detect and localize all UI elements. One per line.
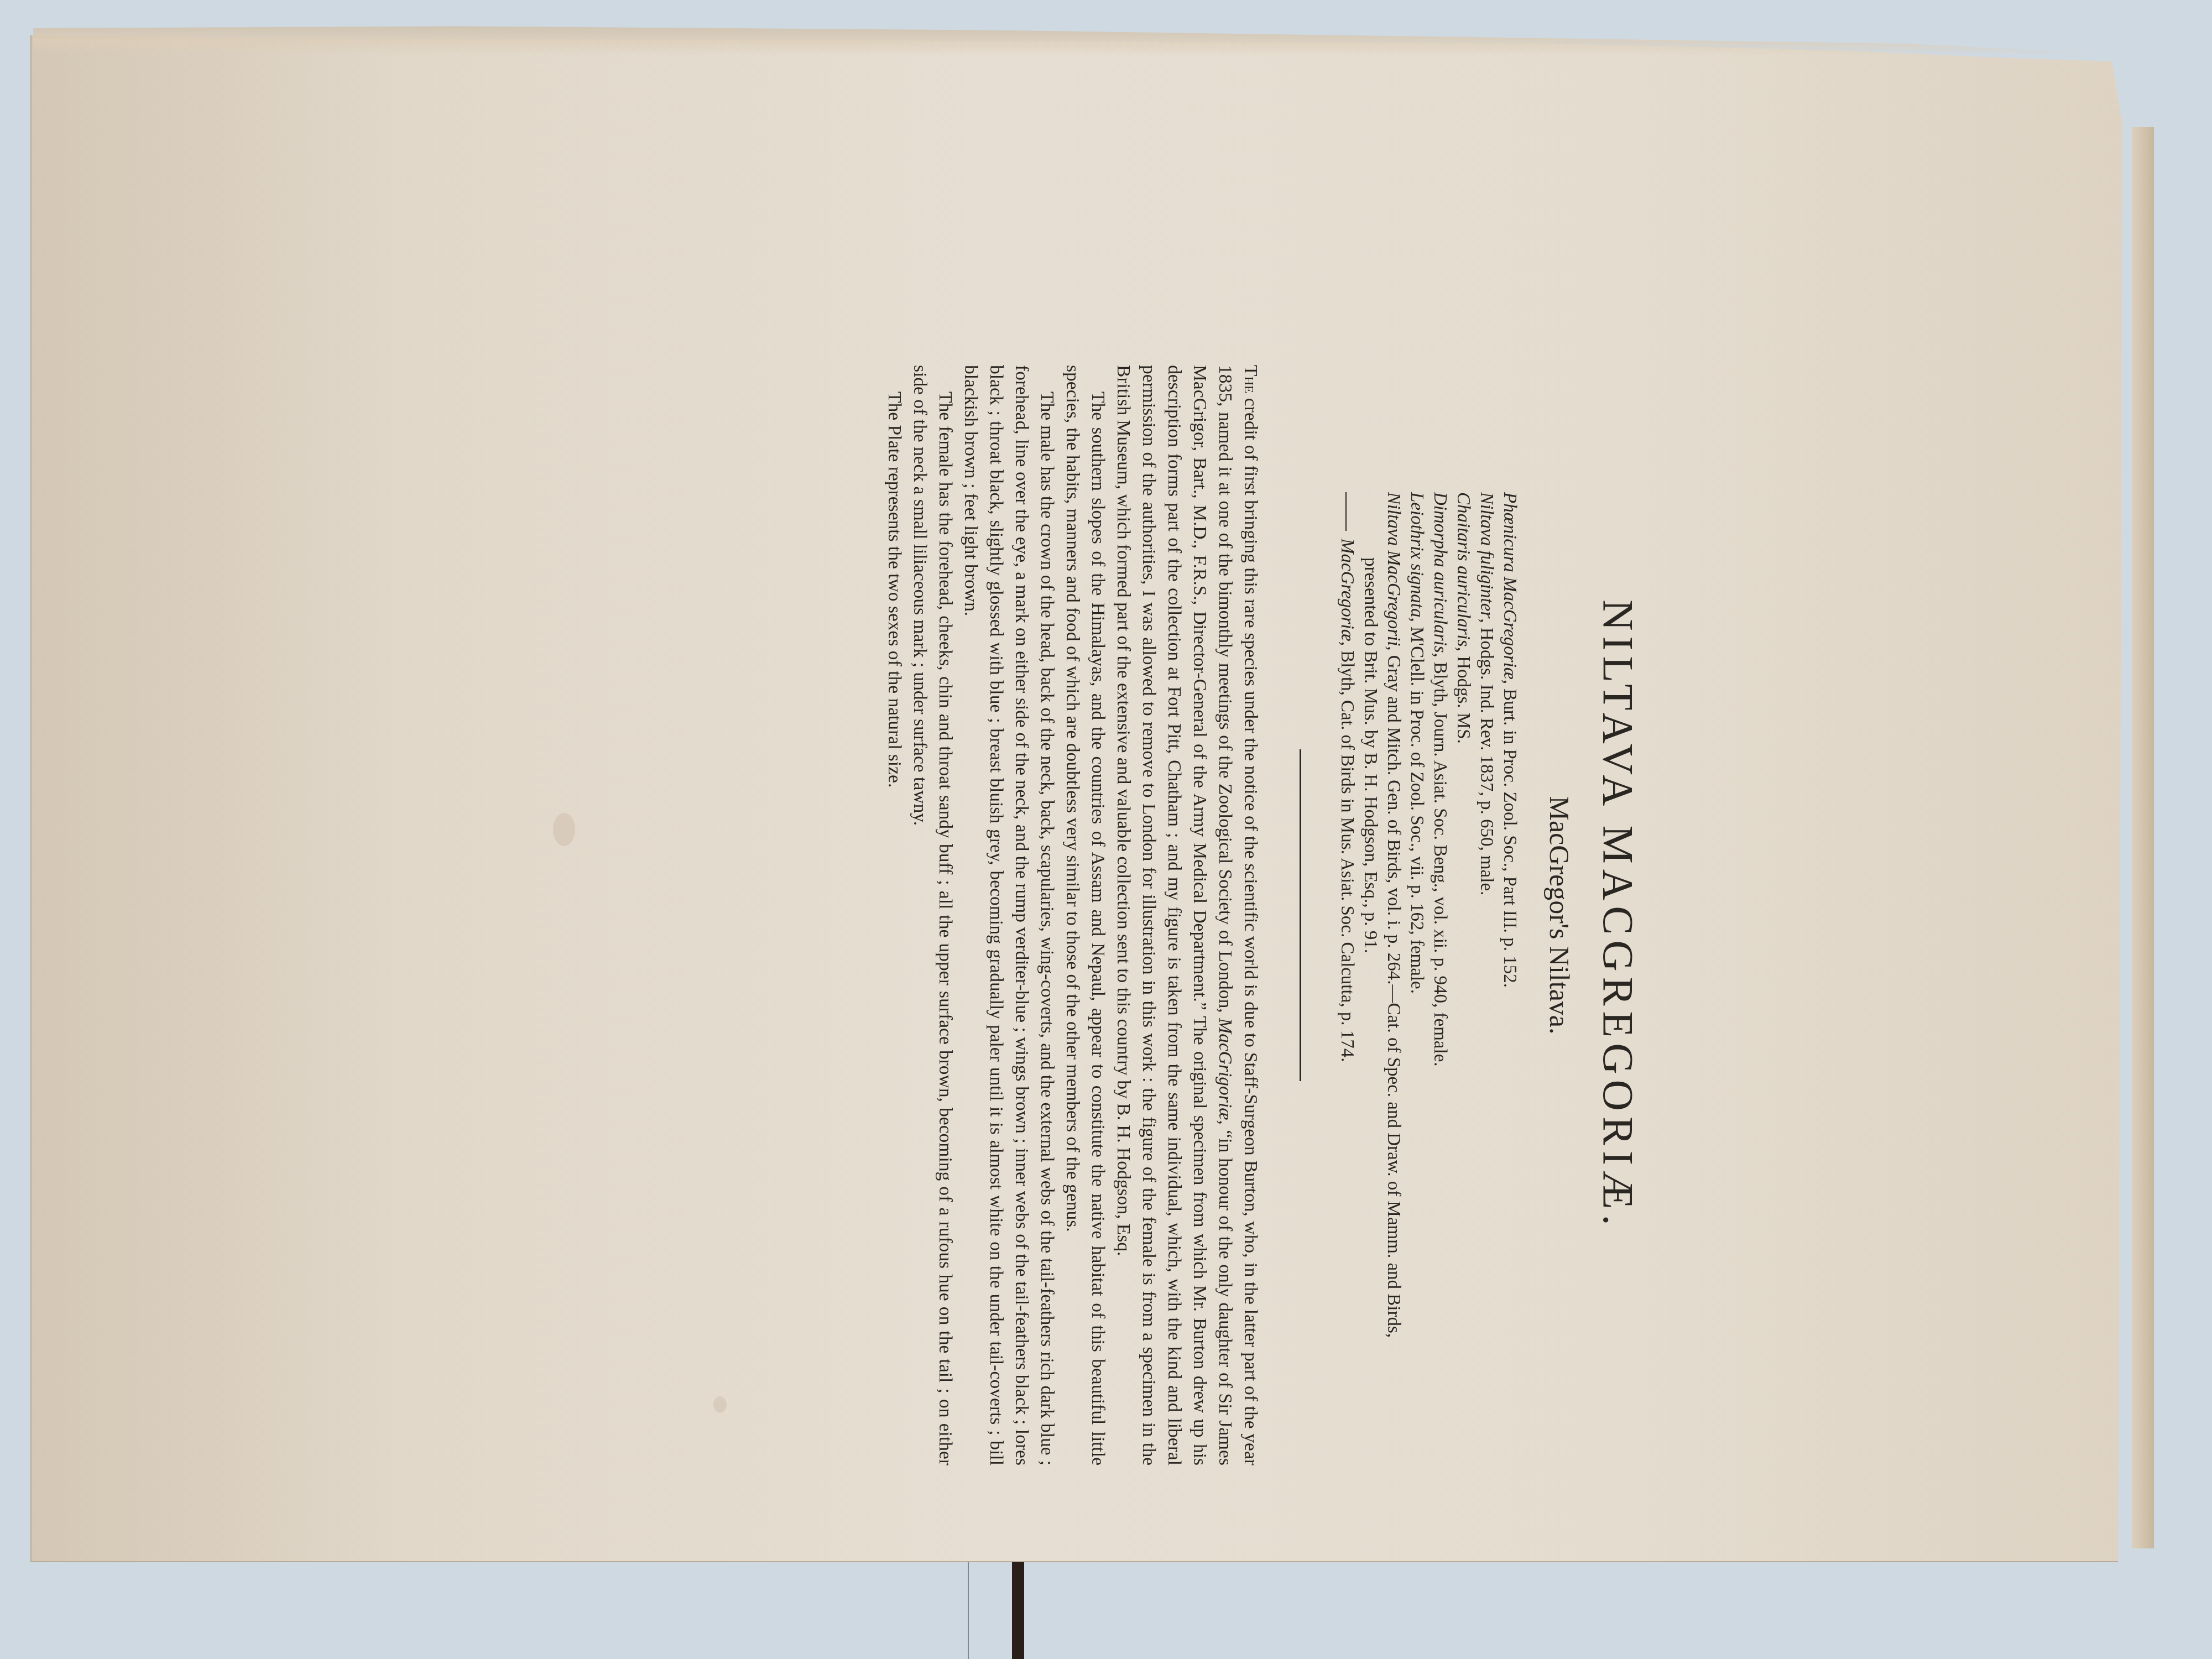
backdrop-gap: [1012, 1559, 1024, 1659]
paragraph: The southern slopes of the Himalayas, an…: [1060, 365, 1110, 1465]
synonym-name: Niltava fuliginter: [1477, 492, 1496, 618]
foxing-spot: [713, 1396, 727, 1413]
italic-name: MacGrigoriæ: [1215, 1018, 1235, 1120]
paragraph: The credit of first bringing this rare s…: [1110, 365, 1263, 1465]
synonymy-list: Phœnicura MacGregoriæ, Burt. in Proc. Zo…: [1335, 365, 1521, 1465]
synonym-name: Dimorpha auricularis: [1430, 492, 1450, 653]
paragraph: The Plate represents the two sexes of th…: [881, 365, 907, 1465]
synonym-name: Leiothrix signata: [1407, 492, 1427, 617]
synonym-continuation: presented to Brit. Mus. by B. H. Hodgson…: [1359, 492, 1382, 1465]
sheet-edge-right: [2132, 127, 2154, 1548]
synonym-ref: , Blyth, Cat. of Birds in Mus. Asiat. So…: [1337, 641, 1357, 1062]
ditto-dash: [1345, 492, 1347, 531]
paragraph: The female has the forehead, cheeks, chi…: [907, 365, 958, 1465]
synonym-entry: Niltava fuliginter, Hodgs. Ind. Rev. 183…: [1475, 492, 1498, 1465]
body-text: The credit of first bringing this rare s…: [881, 365, 1263, 1465]
synonym-entry: Dimorpha auricularis, Blyth, Journ. Asia…: [1428, 492, 1452, 1465]
paragraph: The male has the crown of the head, back…: [958, 365, 1060, 1465]
synonym-ref: , Burt. in Proc. Zool. Soc., Part III. p…: [1500, 680, 1520, 988]
synonym-ref: , M'Clell. in Proc. of Zool. Soc., vii. …: [1407, 617, 1427, 994]
page-subtitle: MacGregor's Niltava.: [1546, 365, 1573, 1465]
synonym-entry: Chaitaris auricularis, Hodgs. MS.: [1452, 492, 1475, 1465]
page-title: NILTAVA MACGREGORIÆ.: [1597, 365, 1640, 1465]
synonym-entry: Phœnicura MacGregoriæ, Burt. in Proc. Zo…: [1498, 492, 1521, 1465]
document-page: NILTAVA MACGREGORIÆ. MacGregor's Niltava…: [766, 365, 1640, 1465]
synonym-name: Chaitaris auricularis: [1453, 492, 1473, 647]
synonym-entry: Leiothrix signata, M'Clell. in Proc. of …: [1405, 492, 1428, 1465]
synonym-name: MacGregoriæ: [1337, 539, 1357, 641]
synonym-ref: , Gray and Mitch. Gen. of Birds, vol. i.…: [1384, 646, 1404, 1338]
synonym-ref: presented to Brit. Mus. by B. H. Hodgson…: [1360, 557, 1380, 953]
drop-lead: The: [1240, 365, 1261, 393]
section-divider: [1300, 749, 1301, 1081]
synonym-name: Niltava MacGregorii: [1384, 492, 1404, 646]
synonym-ref: , Hodgs. MS.: [1453, 647, 1473, 744]
foxing-spot: [553, 813, 575, 846]
synonym-entry: Niltava MacGregorii, Gray and Mitch. Gen…: [1382, 492, 1405, 1465]
synonym-name: Phœnicura MacGregoriæ: [1500, 492, 1520, 680]
sheet-worn-edge-top: [33, 17, 2162, 55]
synonym-entry: MacGregoriæ, Blyth, Cat. of Birds in Mus…: [1335, 492, 1359, 1465]
synonym-ref: , Hodgs. Ind. Rev. 1837, p. 650, male.: [1477, 618, 1496, 895]
backdrop-seam: [968, 1559, 969, 1659]
synonym-ref: , Blyth, Journ. Asiat. Soc. Beng., vol. …: [1430, 653, 1450, 1067]
